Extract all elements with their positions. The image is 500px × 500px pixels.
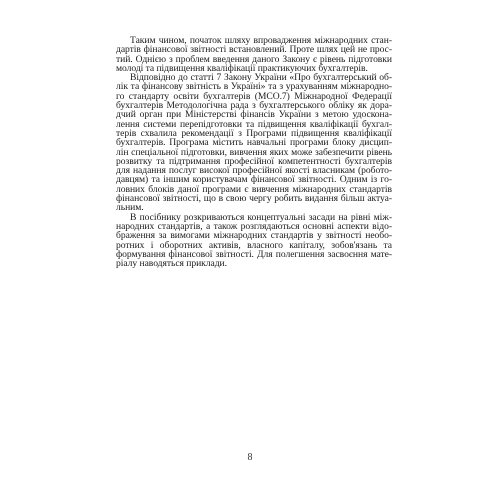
page-number: 8 (0, 452, 500, 463)
paragraph-3: В посібнику розкриваються концептуальні … (116, 213, 392, 269)
paragraph-2: Відповідно до статті 7 Закону України «П… (116, 73, 392, 212)
text-line: фінансової звітності, що в свою чергу ро… (116, 194, 392, 203)
document-body: Таким чином, початок шляху впровадження … (116, 36, 392, 268)
paragraph-1: Таким чином, початок шляху впровадження … (116, 36, 392, 73)
text-line: ріалу наводяться приклади. (116, 259, 392, 268)
